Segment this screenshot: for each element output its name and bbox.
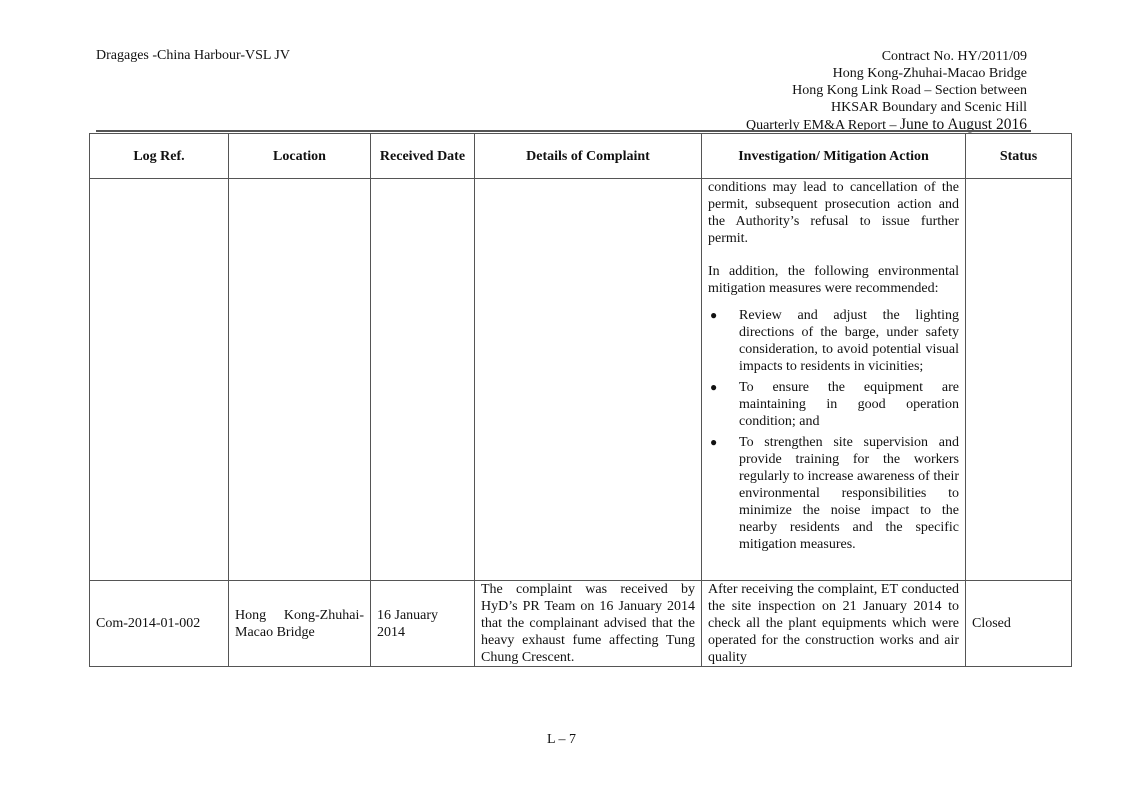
cell-location [229,179,371,581]
column-header-received-date: Received Date [371,134,475,179]
bullet-icon: ● [710,434,717,451]
list-item: ●To strengthen site supervision and prov… [708,434,959,553]
column-header-details: Details of Complaint [475,134,702,179]
cell-investigation: conditions may lead to cancellation of t… [702,179,966,581]
mitigation-measures-list: ●Review and adjust the lighting directio… [708,307,959,553]
list-item: ●To ensure the equipment are maintaining… [708,379,959,430]
cell-received-date [371,179,475,581]
cell-log-ref: Com-2014-01-002 [90,581,229,667]
column-header-location: Location [229,134,371,179]
cell-details [475,179,702,581]
cell-details: The complaint was received by HyD’s PR T… [475,581,702,667]
bullet-icon: ● [710,379,717,396]
company-name: Dragages -China Harbour-VSL JV [96,48,290,64]
list-item-text: To strengthen site supervision and provi… [739,435,959,552]
column-header-log-ref: Log Ref. [90,134,229,179]
page-number: L – 7 [0,732,1123,748]
project-section: Hong Kong Link Road – Section between [746,82,1027,99]
cell-location: Hong Kong-Zhuhai-Macao Bridge [229,581,371,667]
list-item-text: To ensure the equipment are maintaining … [739,380,959,429]
list-item-text: Review and adjust the lighting direction… [739,308,959,374]
column-header-investigation: Investigation/ Mitigation Action [702,134,966,179]
table-row: Com-2014-01-002 Hong Kong-Zhuhai-Macao B… [90,581,1072,667]
report-header: Contract No. HY/2011/09 Hong Kong-Zhuhai… [746,48,1027,134]
contract-number: Contract No. HY/2011/09 [746,48,1027,65]
list-item: ●Review and adjust the lighting directio… [708,307,959,375]
header-divider [96,130,1031,132]
project-name: Hong Kong-Zhuhai-Macao Bridge [746,65,1027,82]
complaint-log-table: Log Ref. Location Received Date Details … [89,133,1072,667]
cell-status [966,179,1072,581]
bullet-icon: ● [710,307,717,324]
cell-log-ref [90,179,229,581]
cell-received-date: 16 January 2014 [371,581,475,667]
cell-investigation: After receiving the complaint, ET conduc… [702,581,966,667]
table-row: conditions may lead to cancellation of t… [90,179,1072,581]
column-header-status: Status [966,134,1072,179]
investigation-paragraph: conditions may lead to cancellation of t… [708,179,959,247]
cell-status: Closed [966,581,1072,667]
investigation-paragraph: In addition, the following environmental… [708,263,959,297]
project-extent: HKSAR Boundary and Scenic Hill [746,99,1027,116]
table-header-row: Log Ref. Location Received Date Details … [90,134,1072,179]
